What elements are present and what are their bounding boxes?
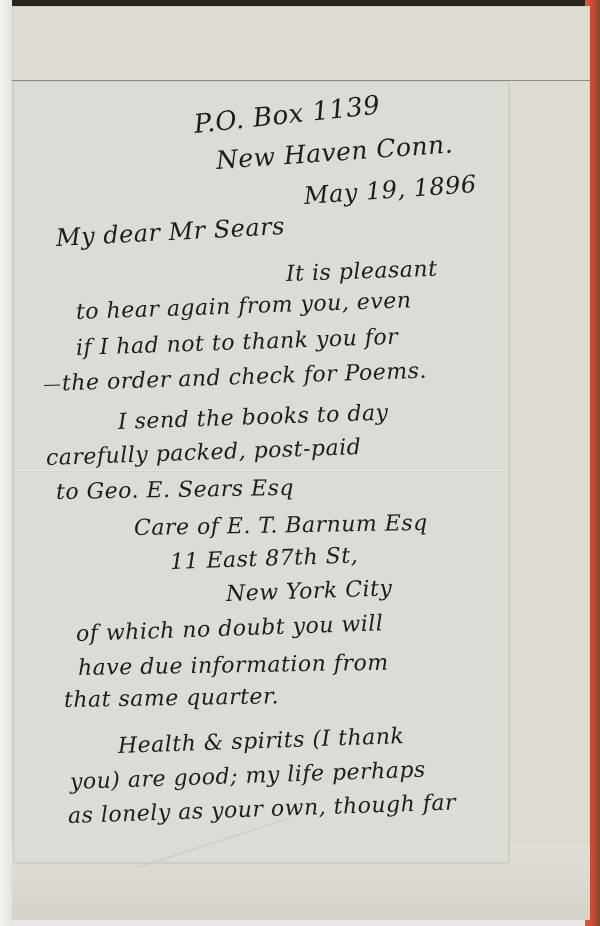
address-line-2: New Haven Conn. — [215, 129, 454, 174]
body-line: Care of E. T. Barnum Esq — [134, 511, 428, 541]
letter-date: May 19, 1896 — [303, 170, 477, 210]
body-line: carefully packed, post-paid — [46, 435, 362, 471]
body-line: you) are good; my life perhaps — [70, 758, 427, 795]
body-line: 11 East 87th St, — [170, 543, 359, 575]
adjacent-page-edge — [0, 0, 12, 926]
body-line: I send the books to day — [118, 401, 389, 435]
body-line: to hear again from you, even — [76, 288, 412, 325]
address-line-1: P.O. Box 1139 — [192, 91, 381, 140]
salutation: My dear Mr Sears — [55, 212, 285, 252]
body-line: Health & spirits (I thank — [118, 724, 405, 759]
body-line: that same quarter. — [64, 684, 279, 713]
body-line: It is pleasant — [286, 257, 438, 287]
body-line: New York City — [226, 576, 393, 607]
mount-fold-line — [12, 80, 590, 81]
body-line: if I had not to thank you for — [76, 325, 399, 361]
body-line: of which no doubt you will — [76, 611, 384, 647]
body-line: to Geo. E. Sears Esq — [56, 476, 294, 505]
body-line: have due information from — [78, 651, 389, 681]
body-line: as lonely as your own, though far — [68, 790, 457, 829]
body-line: the order and check for Poems. — [44, 359, 428, 397]
letter-sheet: P.O. Box 1139 New Haven Conn. May 19, 18… — [14, 82, 508, 862]
letter-fold-crease — [14, 470, 508, 472]
